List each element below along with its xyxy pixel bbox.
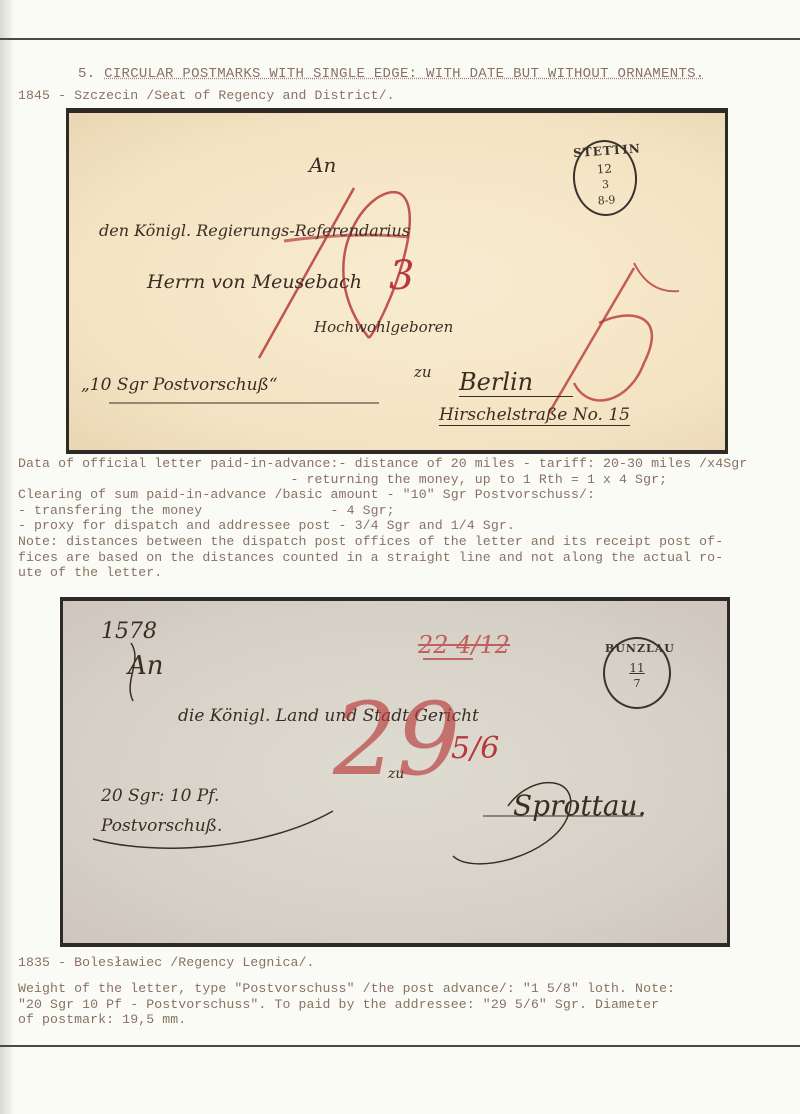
cover2-red-rate-29: 29 bbox=[333, 681, 460, 798]
cover1-red-rate-fraction: 3 bbox=[389, 253, 414, 299]
desc-line: ute of the letter. bbox=[18, 565, 747, 581]
postmark-town: BUNZLAU bbox=[605, 642, 669, 655]
cover2-red-crossed-rate: 22 4/12 bbox=[418, 631, 510, 659]
cover1-city: Berlin bbox=[459, 368, 573, 397]
top-rule bbox=[0, 38, 800, 40]
postmark-town: STETTIN bbox=[573, 142, 634, 160]
desc-line: - returning the money, up to 1 Rth = 1 x… bbox=[18, 472, 747, 488]
cover1-postvorschuss-note: „10 Sgr Postvorschuß“ bbox=[81, 375, 278, 395]
section-number: 5. bbox=[78, 66, 95, 82]
desc-line: Weight of the letter, type "Postvorschus… bbox=[18, 981, 675, 997]
desc-line: - transfering the money - 4 Sgr; bbox=[18, 503, 747, 519]
cover2-postvorschuss-label: Postvorschuß. bbox=[101, 816, 222, 836]
cover1-caption: 1845 - Szczecin /Seat of Regency and Dis… bbox=[18, 88, 395, 104]
cover1-street: Hirschelstraße No. 15 bbox=[439, 405, 630, 426]
bottom-rule bbox=[0, 1045, 800, 1047]
desc-line: - proxy for dispatch and addressee post … bbox=[18, 518, 747, 534]
desc-line: "20 Sgr 10 Pf - Postvorschuss". To paid … bbox=[18, 997, 675, 1013]
cover2-caption: 1835 - Bolesławiec /Regency Legnica/. bbox=[18, 955, 315, 971]
desc-line: Data of official letter paid-in-advance:… bbox=[18, 456, 747, 472]
postmark-day: 11 bbox=[605, 661, 669, 675]
cover2-city: Sprottau. bbox=[513, 789, 646, 822]
bunzlau-postmark: BUNZLAU 11 7 bbox=[603, 637, 671, 709]
cover1-description: Data of official letter paid-in-advance:… bbox=[18, 456, 747, 581]
desc-line: Note: distances between the dispatch pos… bbox=[18, 534, 747, 550]
postmark-day: 12 bbox=[574, 160, 635, 178]
cover2-docket-number: 1578 bbox=[101, 619, 157, 644]
section-title-text: CIRCULAR POSTMARKS WITH SINGLE EDGE: WIT… bbox=[104, 66, 704, 82]
section-title: 5. CIRCULAR POSTMARKS WITH SINGLE EDGE: … bbox=[78, 67, 705, 83]
desc-line: fices are based on the distances counted… bbox=[18, 550, 747, 566]
cover2-description: Weight of the letter, type "Postvorschus… bbox=[18, 981, 675, 1028]
cover1-envelope: STETTIN 12 3 8-9 An den Königl. Regierun… bbox=[66, 108, 728, 454]
scan-edge-shadow bbox=[0, 0, 14, 1114]
cover2-postvorschuss-amount: 20 Sgr: 10 Pf. bbox=[101, 786, 219, 806]
postmark-month: 3 bbox=[575, 176, 636, 193]
cover1-prefix: zu bbox=[414, 363, 432, 381]
cover2-red-rate-fraction: 5/6 bbox=[451, 731, 499, 766]
postmark-month: 7 bbox=[605, 677, 669, 690]
desc-line: of postmark: 19,5 mm. bbox=[18, 1012, 675, 1028]
desc-line: Clearing of sum paid-in-advance /basic a… bbox=[18, 487, 747, 503]
cover2-salutation: An bbox=[128, 651, 164, 681]
cover2-envelope: BUNZLAU 11 7 1578 An die Königl. Land un… bbox=[60, 597, 730, 947]
cover1-honorific: Hochwohlgeboren bbox=[314, 318, 453, 336]
